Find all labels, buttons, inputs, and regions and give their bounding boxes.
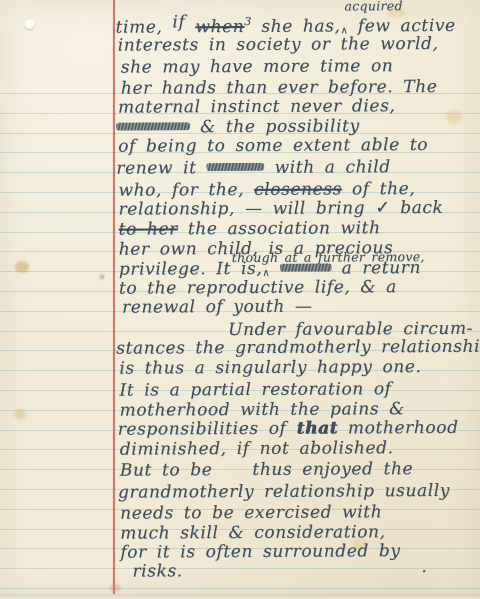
text-segment: renewal of youth — — [122, 297, 313, 318]
manuscript-line: stances the grandmotherly relationship — [116, 337, 480, 359]
text-segment: with a child — [264, 157, 390, 178]
manuscript-line: to the reproductive life, & a — [119, 277, 397, 298]
struck-text: to her — [119, 219, 178, 239]
text-segment: responsibilities of — [118, 419, 297, 440]
manuscript-line: is thus a singularly happy one. — [119, 357, 421, 379]
text-segment: & the possibility — [190, 116, 360, 137]
insertion-caret: ✓ — [375, 197, 390, 218]
text-segment — [270, 259, 280, 279]
text-segment: needs to be exercised with — [120, 502, 382, 523]
manuscript-line: & the possibility — [116, 116, 360, 137]
manuscript-line: diminished, if not abolished. — [120, 438, 394, 459]
manuscript-line: of being to some extent able to — [118, 135, 428, 157]
manuscript-line: grandmotherly relationship usually — [118, 481, 450, 503]
manuscript-line: much skill & consideration, — [120, 522, 385, 543]
manuscript-line: But to be thus enjoyed the — [120, 459, 413, 481]
overwritten-word: that — [296, 418, 338, 438]
text-segment: back — [390, 198, 443, 218]
text-segment: interests in society or the world, — [118, 34, 439, 56]
struck-text: closeness — [254, 179, 342, 199]
text-segment: . — [421, 557, 427, 577]
text-segment: maternal instinct never dies, — [118, 96, 396, 117]
manuscript-line: to her the association with — [119, 218, 381, 239]
manuscript-line: for it is often surrounded by — [120, 541, 400, 562]
text-segment: relationship, — will bring — [118, 198, 375, 219]
manuscript-line: renewal of youth — — [122, 297, 313, 318]
text-segment: renew it — [116, 158, 206, 178]
crossed-out-word — [207, 163, 265, 171]
manuscript-line: needs to be exercised with — [120, 502, 382, 523]
text-segment: for it is often surrounded by — [120, 541, 400, 562]
superscript-number: 3 — [244, 15, 251, 28]
text-segment: stances the grandmotherly relationship — [116, 337, 480, 359]
text-segment: privilege. It is, — [119, 259, 263, 280]
manuscript-line: she may have more time on — [121, 56, 394, 77]
text-segment: risks. — [132, 561, 182, 581]
text-segment: It is a partial restoration of — [119, 379, 391, 400]
text-segment: of being to some extent able to — [118, 135, 428, 157]
text-segment: much skill & consideration, — [120, 522, 385, 543]
manuscript-line: It is a partial restoration of — [119, 379, 391, 400]
text-segment: is thus a singularly happy one. — [119, 357, 421, 379]
manuscript-text: acquiredtime, if when3 she has,∧ few act… — [0, 0, 480, 599]
manuscript-line: . — [421, 557, 427, 577]
text-segment: the association with — [178, 218, 381, 239]
notebook-page: acquiredtime, if when3 she has,∧ few act… — [0, 0, 480, 599]
crossed-out-word — [280, 264, 332, 272]
manuscript-line: renew it with a child — [116, 157, 390, 178]
text-segment: a return — [332, 258, 421, 278]
text-segment: who, for the, — [118, 180, 254, 201]
page-bottom-edge — [0, 594, 480, 599]
text-segment: motherhood — [338, 418, 459, 439]
manuscript-line: risks. — [132, 561, 182, 581]
manuscript-line: relationship, — will bring ✓ back — [118, 198, 443, 220]
text-segment: if — [172, 12, 185, 32]
text-segment: diminished, if not abolished. — [120, 438, 394, 459]
manuscript-line: interests in society or the world, — [118, 34, 439, 56]
text-segment: she may have more time on — [121, 56, 394, 77]
manuscript-line: responsibilities of that motherhood — [118, 418, 459, 440]
manuscript-line: maternal instinct never dies, — [118, 96, 396, 117]
text-segment: grandmotherly relationship usually — [118, 481, 450, 503]
crossed-out-word — [116, 122, 190, 130]
text-segment: to the reproductive life, & a — [119, 277, 397, 298]
text-segment: But to be thus enjoyed the — [120, 459, 413, 481]
